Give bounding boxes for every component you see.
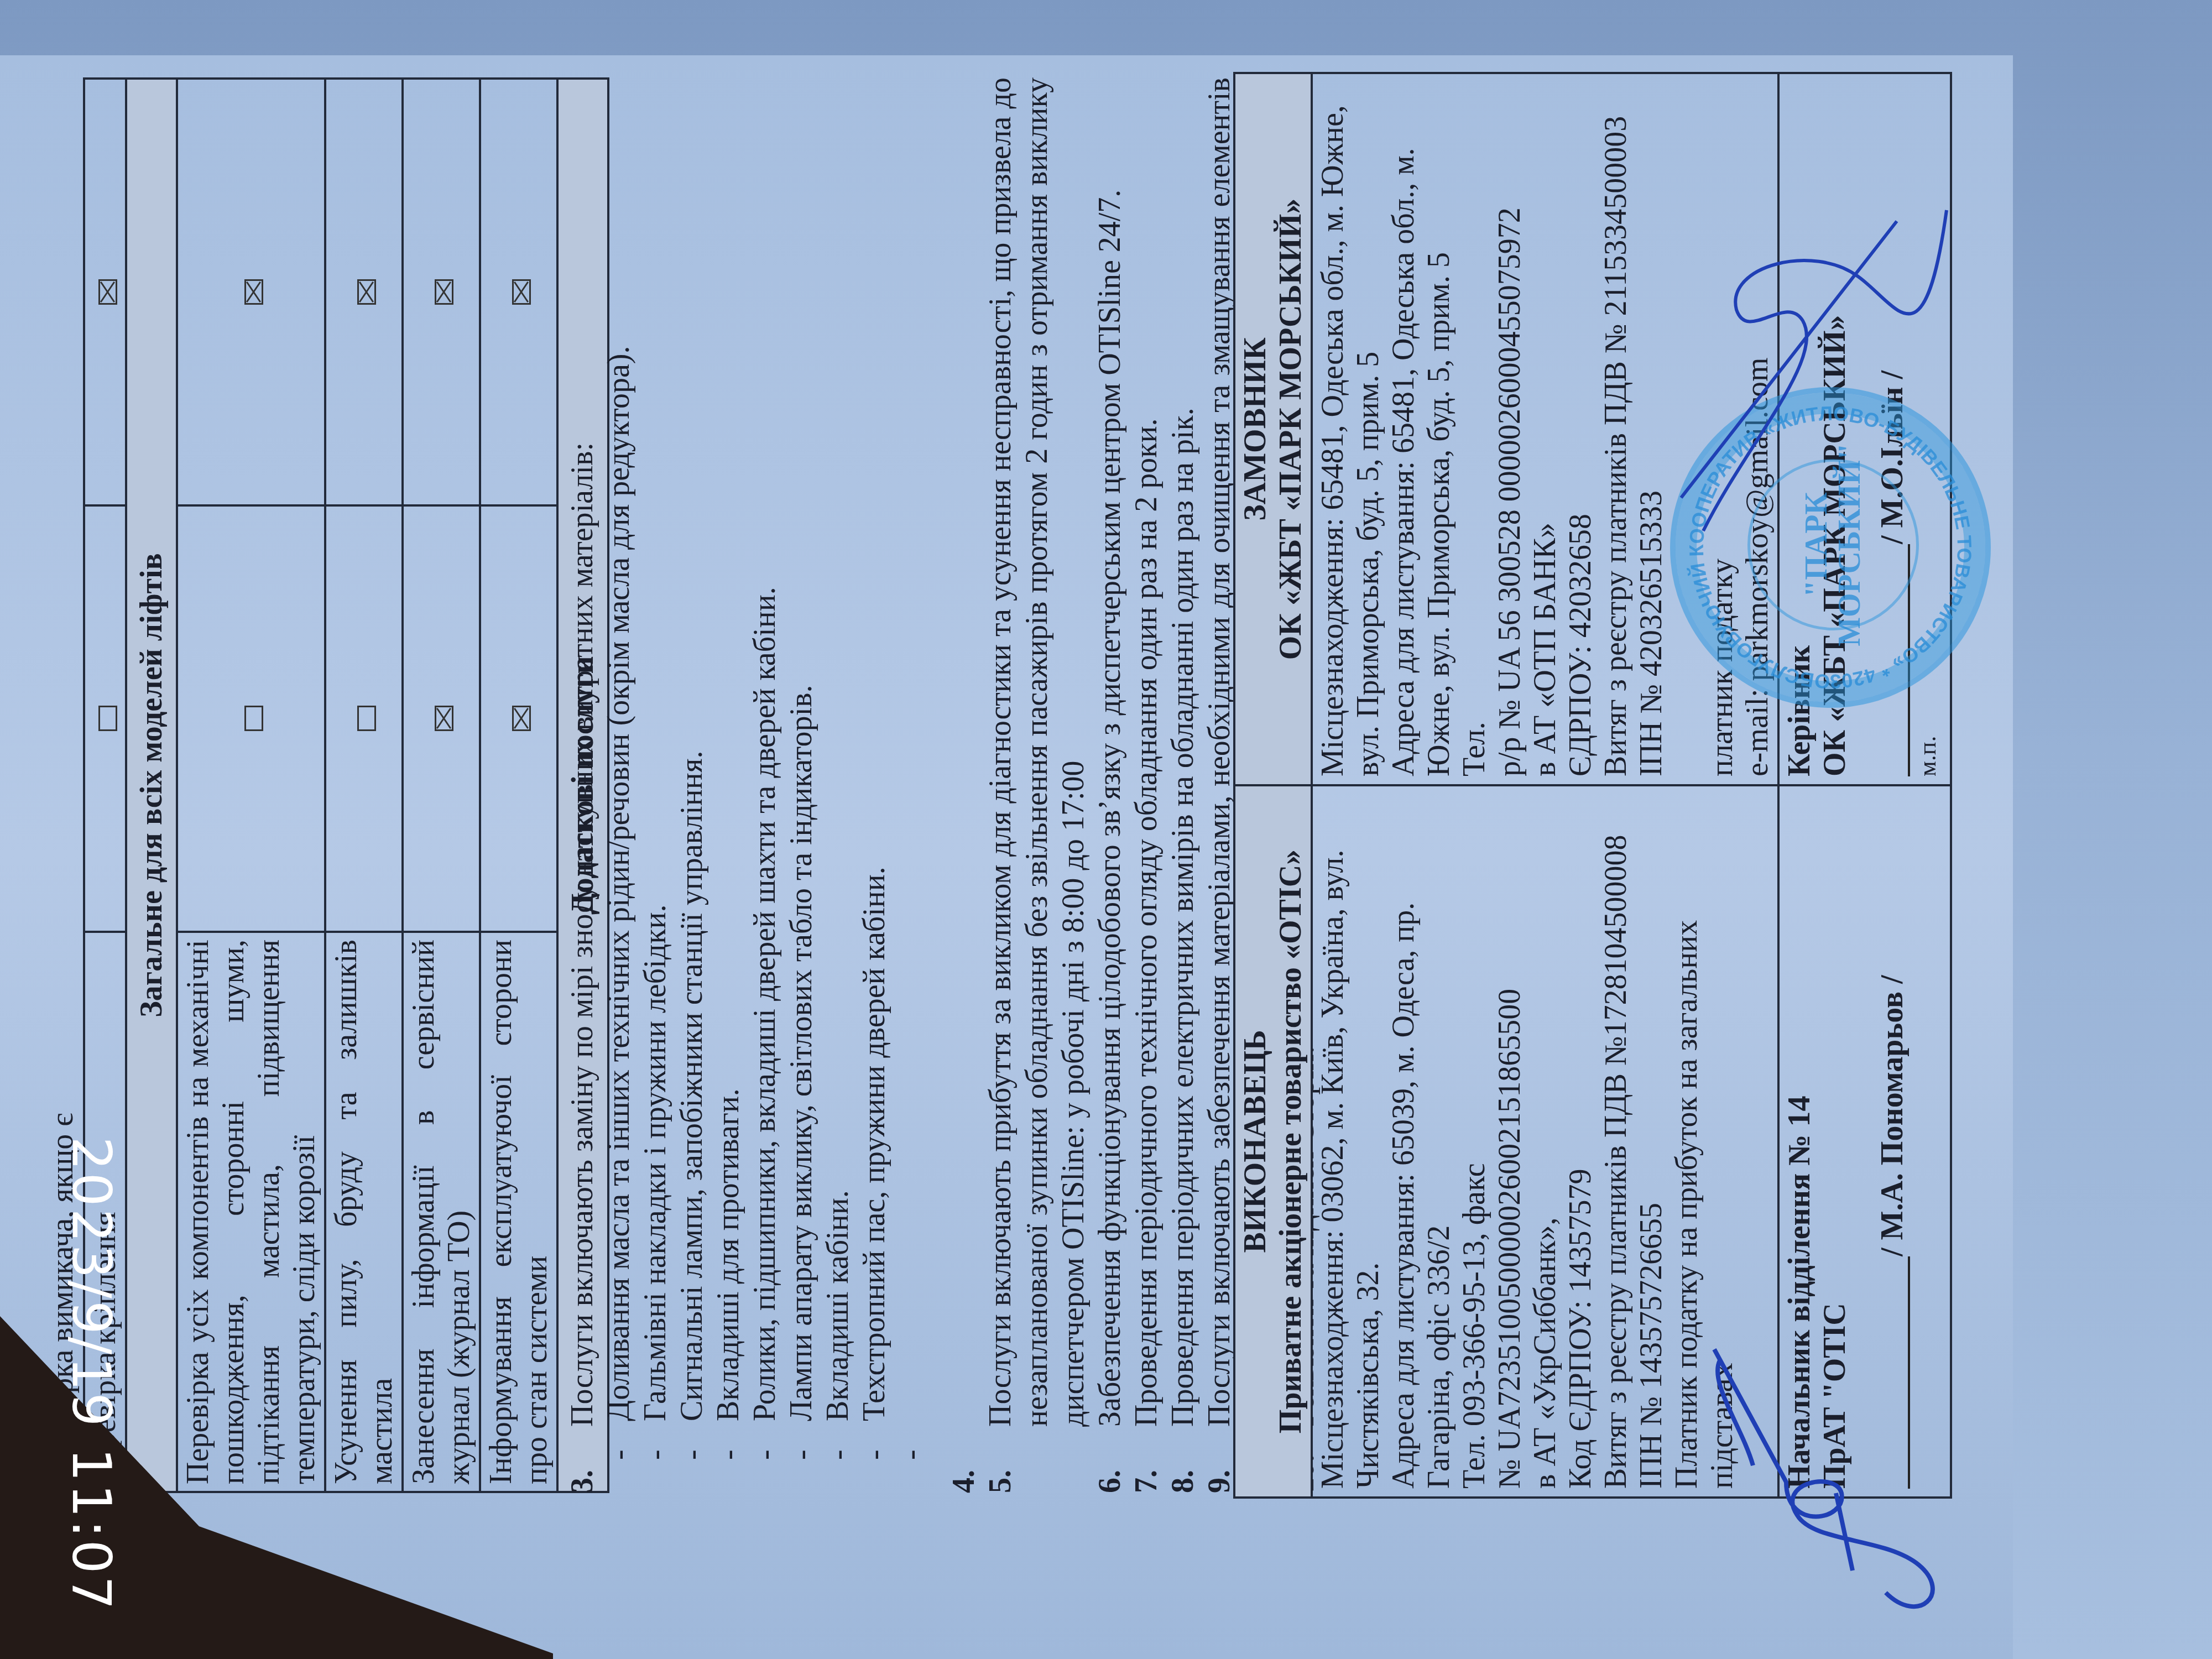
unchecked-checkbox-icon[interactable] [357, 706, 376, 731]
customer-signature [1637, 166, 1969, 553]
list-item: 8.Проведення періодичних електричних вим… [1165, 77, 1201, 1493]
list-subitem: -Вкладиші для противаги. [710, 77, 747, 1493]
checked-checkbox-icon[interactable] [98, 279, 117, 305]
photo-timestamp-overlay: 2023/9/19 11:07 [58, 1100, 124, 1648]
checked-checkbox-icon[interactable] [512, 279, 531, 305]
list-subitem: - [893, 77, 929, 1493]
list-subitem: -Техстропний пас, пружини дверей кабіни. [856, 77, 893, 1493]
checked-checkbox-icon[interactable] [512, 706, 531, 731]
executor-header: ВИКОНАВЕЦЬ Приватне акціонерне товариств… [1234, 785, 1312, 1498]
unchecked-checkbox-icon[interactable] [98, 706, 117, 731]
checked-checkbox-icon[interactable] [244, 279, 263, 305]
list-item: 7.Проведення періодичного технічного огл… [1128, 77, 1165, 1493]
checked-checkbox-icon[interactable] [357, 279, 376, 305]
unchecked-checkbox-icon[interactable] [244, 706, 263, 731]
table-row: Занесення інформації в сервісний журнал … [403, 79, 480, 1492]
list-item-3: 3. Послуги включають заміну по мірі знос… [564, 77, 601, 1493]
executor-signature [1576, 1272, 1963, 1659]
table-row: Інформування експлуатуючої сторони про с… [480, 79, 557, 1492]
checked-checkbox-icon[interactable] [435, 279, 453, 305]
section-header-general: Загальне для всіх моделей ліфтів [126, 79, 177, 1492]
list-item: 4. [946, 77, 982, 1493]
list-subitem: -Вкладиші кабіни. [820, 77, 856, 1493]
table-row: Усунення пилу, бруду та залишків мастила [325, 79, 403, 1492]
list-item: 6.Забезпечення функціонування цілодобово… [1092, 77, 1128, 1493]
list-subitem: -Гальмівні накладки і пружини лебідки. [637, 77, 674, 1493]
list-subitem: -Ролики, підшипники, вкладиші дверей шах… [747, 77, 783, 1493]
document-page: Перевірка вимикача, якщо є Перевірка крі… [0, 55, 2013, 1659]
customer-header: ЗАМОВНИК ОК «ЖБТ «ПАРК МОРСЬКИЙ» [1234, 73, 1312, 785]
checked-checkbox-icon[interactable] [435, 706, 453, 731]
services-list: 3. Послуги включають заміну по мірі знос… [564, 77, 1322, 1493]
services-table: Перевірка кріплення Загальне для всіх мо… [83, 77, 609, 1493]
list-subitem: -Доливання масла та інших технічних ріди… [601, 77, 637, 1493]
table-row: Перевірка усіх компонентів на механічні … [177, 79, 325, 1492]
list-item: 5.Послуги включають прибуття за викликом… [982, 77, 1092, 1493]
list-subitem: -Лампи апарату виклику, світлових табло … [783, 77, 820, 1493]
list-subitem: -Сигнальні лампи, запобіжники станції уп… [674, 77, 710, 1493]
